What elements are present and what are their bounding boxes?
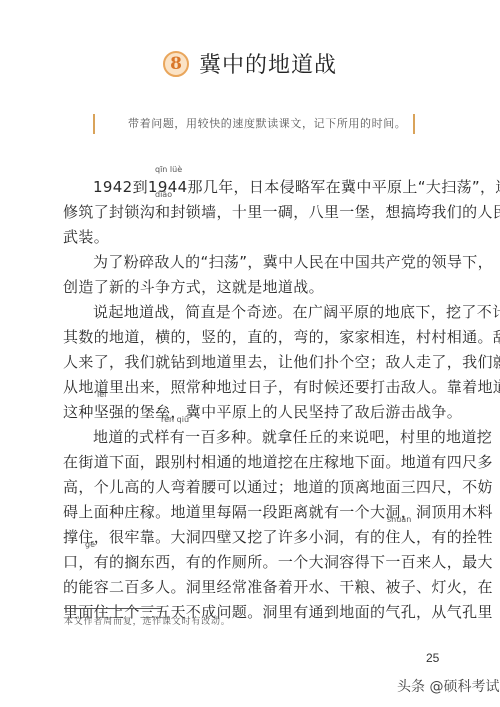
text-line: 口，有的搁东西，有的作厕所。一个大洞容得下一百来人，最大 <box>63 551 493 572</box>
footnote: 本文作者周而复，选作课文时有改动。 <box>64 614 231 627</box>
page-number: 25 <box>426 651 439 665</box>
text-line: 这种坚强的堡垒，冀中平原上的人民坚持了敌后游击战争。 <box>63 401 462 422</box>
text-line: 武装。 <box>63 226 109 247</box>
lesson-number-badge: 8 <box>163 51 189 77</box>
text-line: 高，个儿高的人弯着腰可以通过；地道的顶离地面三四尺，不妨 <box>63 476 493 497</box>
text-line: 地道的式样有一百多种。就拿任丘的来说吧，村里的地道挖 <box>93 426 492 447</box>
prompt-right-bar <box>413 114 415 134</box>
text-line: 人来了，我们就钻到地道里去，让他们扑个空；敌人走了，我们就 <box>63 351 500 372</box>
text-line: 撑住，很牢靠。大洞四壁又挖了许多小洞，有的住人，有的拴牲 <box>63 526 493 547</box>
text-line: 说起地道战，简直是个奇迹。在广阔平原的地底下，挖了不计 <box>93 301 500 322</box>
lesson-title: 冀中的地道战 <box>199 48 337 79</box>
prompt-left-bar <box>93 114 95 134</box>
text-line: 从地道里出来，照常种地过日子，有时候还要打击敌人。靠着地道 <box>63 376 500 397</box>
text-line: 修筑了封锁沟和封锁墙，十里一碉，八里一堡，想搞垮我们的人民 <box>63 201 500 222</box>
text-line: 创造了新的斗争方式，这就是地道战。 <box>63 276 324 297</box>
text-line: 的能容二百多人。洞里经常准备着开水、干粮、被子、灯火，在 <box>63 576 493 597</box>
watermark: 头条 @硕科考试 <box>397 676 499 696</box>
pinyin-annotation: rén qiū <box>161 415 189 424</box>
pinyin-annotation: diāo <box>155 190 172 199</box>
pinyin-annotation: qīn lüè <box>155 165 182 174</box>
text-line: 碍上面种庄稼。地道里每隔一段距离就有一个大洞，洞顶用木料 <box>63 501 493 522</box>
pinyin-annotation: lěi <box>97 390 106 399</box>
text-line: 在街道下面，跟别村相通的地道挖在庄稼地下面。地道有四尺多 <box>63 451 493 472</box>
pinyin-annotation: shuān <box>387 515 411 524</box>
pinyin-annotation: gē <box>85 540 95 549</box>
text-line: 为了粉碎敌人的“扫荡”，冀中人民在中国共产党的领导下， <box>93 251 493 272</box>
prompt-text: 带着问题，用较快的速度默读课文，记下所用的时间。 <box>128 115 406 131</box>
reading-prompt: 带着问题，用较快的速度默读课文，记下所用的时间。 <box>93 112 415 136</box>
lesson-header: 8 冀中的地道战 <box>0 48 500 79</box>
text-line: 其数的地道，横的，竖的，直的，弯的，家家相连，村村相通。敌 <box>63 326 500 347</box>
footnote-divider <box>64 608 161 609</box>
